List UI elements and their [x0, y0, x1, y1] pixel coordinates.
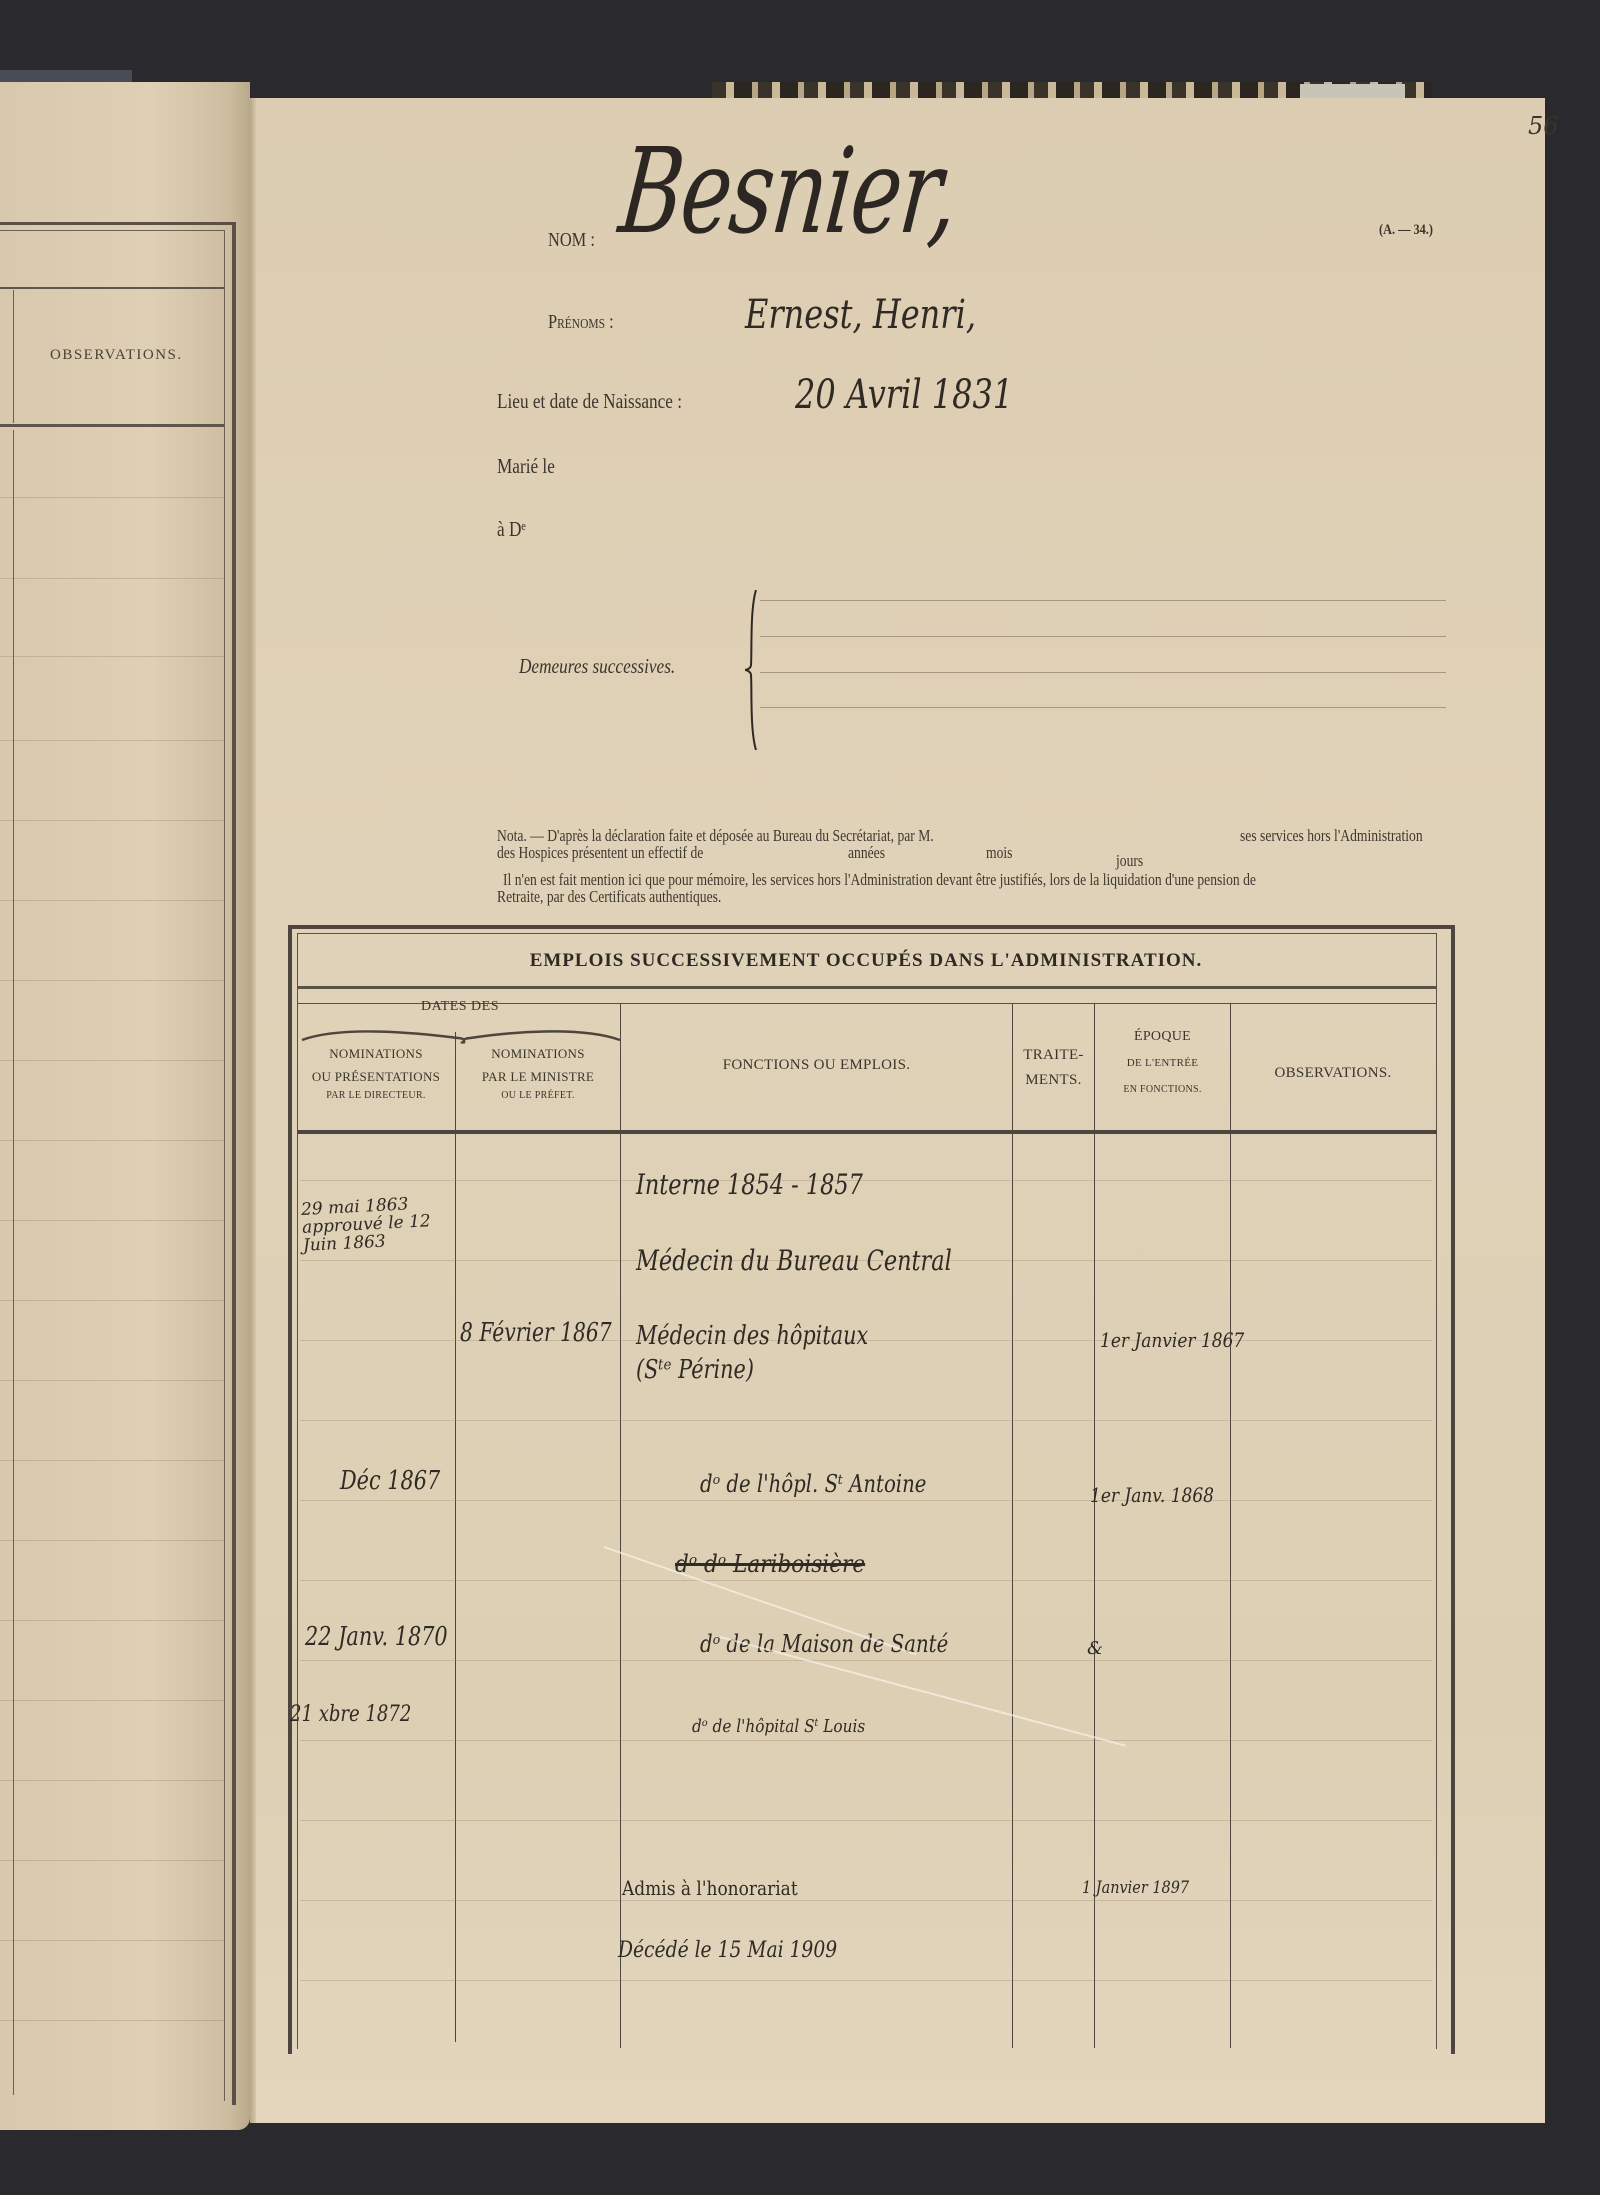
row-6-epoque: &: [1087, 1638, 1103, 1659]
left-ruled-line: [0, 1860, 224, 1861]
demeure-line-1: [760, 600, 1446, 601]
page-number: 56: [1528, 112, 1559, 140]
col-divider-3: [1012, 1003, 1013, 2048]
nota-mois: mois: [986, 843, 1012, 863]
marie-label: Marié le: [497, 454, 555, 479]
demeure-line-3: [760, 672, 1446, 673]
row-3-epoque: 1er Janvier 1867: [1100, 1328, 1244, 1352]
row-9-fonction: Décédé le 15 Mai 1909: [618, 1938, 837, 1963]
left-ruled-line: [0, 1700, 224, 1701]
col-header-observations: OBSERVATIONS.: [1231, 1066, 1435, 1081]
prenoms-value: Ernest, Henri,: [745, 292, 976, 338]
body-ruled-line: [300, 1420, 1432, 1421]
nota-jours: jours: [1116, 851, 1143, 871]
body-ruled-line: [300, 1660, 1432, 1661]
row-7-fonction: dᵒ de l'hôpital Sᵗ Louis: [692, 1716, 865, 1737]
col-divider-5: [1230, 1003, 1231, 2048]
col-divider-2: [620, 1003, 621, 2048]
left-ruled-line: [0, 980, 224, 981]
body-ruled-line: [300, 1980, 1432, 1981]
col-header-fonctions: FONCTIONS OU EMPLOIS.: [621, 1058, 1012, 1073]
nota-line-1b: ses services hors l'Administration: [1240, 826, 1423, 846]
left-ruled-line: [0, 497, 224, 498]
left-ruled-line: [0, 1220, 224, 1221]
row-4-directeur: Déc 1867: [340, 1466, 440, 1496]
row-3-ministre: 8 Février 1867: [460, 1318, 612, 1348]
left-ruled-line: [0, 1540, 224, 1541]
body-ruled-line: [300, 1580, 1432, 1581]
left-ruled-line: [0, 1300, 224, 1301]
nom-value: Besnier,: [614, 122, 963, 260]
naissance-value: 20 Avril 1831: [795, 372, 1013, 418]
left-column-divider: [13, 290, 14, 423]
row-4-fonction: dᵒ de l'hôpl. Sᵗ Antoine: [700, 1470, 926, 1498]
page-gutter: [250, 98, 256, 2123]
row-1-fonction: Interne 1854 - 1857: [636, 1168, 863, 1201]
naissance-label: Lieu et date de Naissance :: [497, 389, 682, 414]
brace-icon: [744, 590, 758, 750]
col-divider-1: [455, 1032, 456, 2042]
left-ruled-line: [0, 1060, 224, 1061]
row-5-fonction-struck: dᵒ dᵒ Lariboisière: [675, 1550, 972, 1578]
left-column-divider-body: [13, 430, 14, 2095]
body-ruled-line: [300, 1820, 1432, 1821]
left-ruled-line: [0, 1140, 224, 1141]
col-header-epoque: ÉPOQUE DE L'ENTRÉE EN FONCTIONS.: [1095, 1030, 1230, 1095]
body-ruled-line: [300, 1900, 1432, 1901]
nom-label: NOM :: [548, 229, 595, 252]
dates-group-header: DATES DES: [297, 1000, 623, 1014]
row-2-directeur: 29 mai 1863 approuvé le 12 Juin 1863: [301, 1194, 454, 1255]
form-code: (A. — 34.): [1379, 222, 1433, 239]
nota-line-2a: des Hospices présentent un effectif de: [497, 843, 703, 863]
demeure-line-2: [760, 636, 1446, 637]
left-observations-header: OBSERVATIONS.: [50, 347, 183, 364]
left-ruled-line: [0, 820, 224, 821]
left-table-frame-inner: [0, 230, 225, 2101]
a-de-label: à Dᵉ: [497, 517, 526, 542]
demeure-line-4: [760, 707, 1446, 708]
left-ruled-line: [0, 1460, 224, 1461]
curved-bracket-icon: [300, 1024, 622, 1046]
row-6-directeur: 22 Janv. 1870: [305, 1622, 448, 1652]
body-ruled-line: [300, 1740, 1432, 1741]
left-ruled-line: [0, 1780, 224, 1781]
row-2-fonction: Médecin du Bureau Central: [636, 1244, 952, 1277]
row-3-fonction: Médecin des hôpitaux (Sᵗᵉ Périne): [636, 1320, 900, 1388]
body-ruled-line: [300, 1180, 1432, 1181]
row-4-epoque: 1er Janv. 1868: [1090, 1483, 1214, 1507]
demeures-label: Demeures successives.: [519, 654, 675, 679]
nota-line-4: Retraite, par des Certificats authentiqu…: [497, 887, 721, 907]
employment-table-title: EMPLOIS SUCCESSIVEMENT OCCUPÉS DANS L'AD…: [297, 950, 1435, 972]
left-ruled-line: [0, 740, 224, 741]
nota-annees: années: [848, 843, 885, 863]
col-header-traitements: TRAITE- MENTS.: [1013, 1048, 1094, 1088]
header-bottom-line: [297, 1130, 1437, 1134]
left-header-line: [0, 287, 224, 289]
left-ruled-line: [0, 1940, 224, 1941]
left-ruled-line: [0, 900, 224, 901]
left-ruled-line: [0, 2020, 224, 2021]
left-header-bottom-line: [0, 424, 224, 427]
left-ruled-line: [0, 1620, 224, 1621]
prenoms-label: Prénoms :: [548, 311, 614, 334]
left-ruled-line: [0, 578, 224, 579]
left-ruled-line: [0, 656, 224, 657]
row-8-fonction: Admis à l'honorariat: [622, 1876, 798, 1900]
left-ruled-line: [0, 1380, 224, 1381]
body-ruled-line: [300, 1500, 1432, 1501]
col-header-ministre: NOMINATIONS PAR LE MINISTRE OU LE PRÉFET…: [456, 1047, 620, 1101]
row-8-epoque: 1 Janvier 1897: [1082, 1878, 1189, 1898]
row-7-directeur: 21 xbre 1872: [290, 1702, 411, 1727]
col-header-directeur: NOMINATIONS OU PRÉSENTATIONS PAR LE DIRE…: [298, 1047, 454, 1101]
title-divider: [297, 986, 1437, 989]
